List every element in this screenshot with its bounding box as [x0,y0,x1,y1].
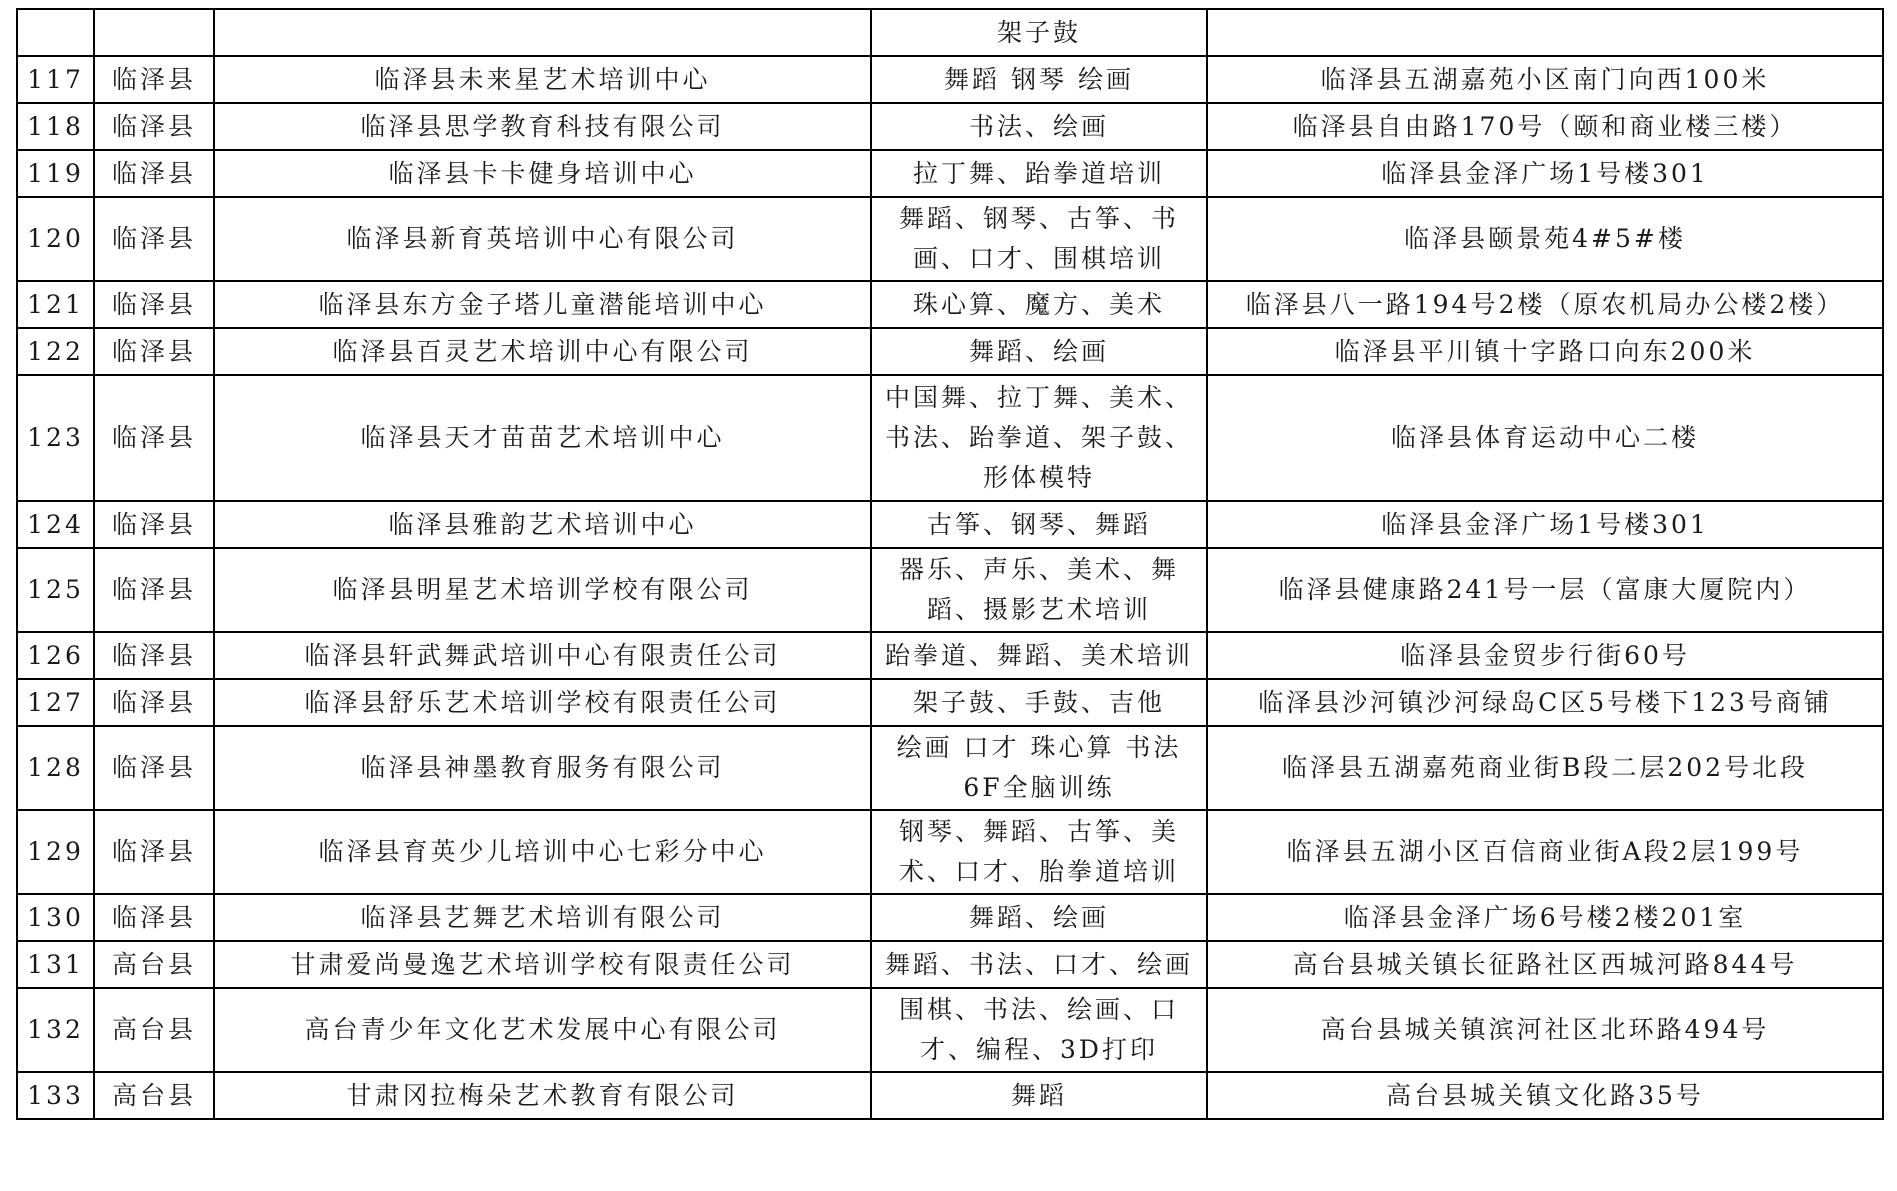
training-items-cell: 舞蹈、绘画 [871,894,1207,941]
training-items-cell: 钢琴、舞蹈、古筝、美术、口才、胎拳道培训 [871,810,1207,894]
training-items-cell: 书法、绘画 [871,103,1207,150]
training-items-cell: 珠心算、魔方、美术 [871,281,1207,328]
row-number: 120 [17,197,94,281]
training-items-cell: 跆拳道、舞蹈、美术培训 [871,632,1207,679]
institution-name-cell: 临泽县明星艺术培训学校有限公司 [214,548,871,632]
row-number: 122 [17,328,94,375]
address-cell: 临泽县金贸步行街60号 [1207,632,1883,679]
county-cell: 临泽县 [94,375,214,501]
training-items-cell: 古筝、钢琴、舞蹈 [871,501,1207,548]
institution-name-cell: 临泽县未来星艺术培训中心 [214,56,871,103]
table-row: 132高台县高台青少年文化艺术发展中心有限公司围棋、书法、绘画、口才、编程、3D… [17,988,1883,1072]
training-items-cell: 器乐、声乐、美术、舞蹈、摄影艺术培训 [871,548,1207,632]
table-row: 119临泽县临泽县卡卡健身培训中心拉丁舞、跆拳道培训临泽县金泽广场1号楼301 [17,150,1883,197]
training-items-cell: 架子鼓 [871,9,1207,56]
row-number [17,9,94,56]
institution-name-cell: 临泽县神墨教育服务有限公司 [214,726,871,810]
institution-name-cell: 高台青少年文化艺术发展中心有限公司 [214,988,871,1072]
county-cell: 临泽县 [94,328,214,375]
address-cell: 临泽县健康路241号一层（富康大厦院内） [1207,548,1883,632]
row-number: 125 [17,548,94,632]
county-cell: 临泽县 [94,632,214,679]
training-items-cell: 舞蹈、绘画 [871,328,1207,375]
institution-name-cell: 临泽县育英少儿培训中心七彩分中心 [214,810,871,894]
address-cell: 临泽县金泽广场1号楼301 [1207,501,1883,548]
county-cell: 临泽县 [94,150,214,197]
county-cell: 临泽县 [94,679,214,726]
address-cell: 高台县城关镇文化路35号 [1207,1072,1883,1119]
training-items-cell: 舞蹈、书法、口才、绘画 [871,941,1207,988]
row-number: 133 [17,1072,94,1119]
institution-name-cell: 临泽县百灵艺术培训中心有限公司 [214,328,871,375]
institution-name-cell: 甘肃冈拉梅朵艺术教育有限公司 [214,1072,871,1119]
address-cell: 临泽县五湖嘉苑小区南门向西100米 [1207,56,1883,103]
row-number: 121 [17,281,94,328]
county-cell: 临泽县 [94,894,214,941]
county-cell: 临泽县 [94,281,214,328]
row-number: 127 [17,679,94,726]
county-cell: 临泽县 [94,548,214,632]
training-items-cell: 绘画 口才 珠心算 书法 6F全脑训练 [871,726,1207,810]
table-row: 126临泽县临泽县轩武舞武培训中心有限责任公司跆拳道、舞蹈、美术培训临泽县金贸步… [17,632,1883,679]
address-cell [1207,9,1883,56]
row-number: 130 [17,894,94,941]
row-number: 123 [17,375,94,501]
address-cell: 临泽县八一路194号2楼（原农机局办公楼2楼） [1207,281,1883,328]
address-cell: 临泽县颐景苑4#5#楼 [1207,197,1883,281]
institution-name-cell: 临泽县天才苗苗艺术培训中心 [214,375,871,501]
county-cell: 高台县 [94,941,214,988]
county-cell: 临泽县 [94,501,214,548]
table-body: 架子鼓117临泽县临泽县未来星艺术培训中心舞蹈 钢琴 绘画临泽县五湖嘉苑小区南门… [17,9,1883,1119]
address-cell: 临泽县金泽广场6号楼2楼201室 [1207,894,1883,941]
address-cell: 临泽县五湖小区百信商业街A段2层199号 [1207,810,1883,894]
row-number: 118 [17,103,94,150]
institution-name-cell: 临泽县思学教育科技有限公司 [214,103,871,150]
table-row: 128临泽县临泽县神墨教育服务有限公司绘画 口才 珠心算 书法 6F全脑训练临泽… [17,726,1883,810]
county-cell: 临泽县 [94,103,214,150]
training-institution-table: 架子鼓117临泽县临泽县未来星艺术培训中心舞蹈 钢琴 绘画临泽县五湖嘉苑小区南门… [16,8,1884,1120]
table-row: 124临泽县临泽县雅韵艺术培训中心古筝、钢琴、舞蹈临泽县金泽广场1号楼301 [17,501,1883,548]
address-cell: 临泽县体育运动中心二楼 [1207,375,1883,501]
institution-name-cell: 临泽县舒乐艺术培训学校有限责任公司 [214,679,871,726]
county-cell [94,9,214,56]
row-number: 129 [17,810,94,894]
table-row: 117临泽县临泽县未来星艺术培训中心舞蹈 钢琴 绘画临泽县五湖嘉苑小区南门向西1… [17,56,1883,103]
table-row: 122临泽县临泽县百灵艺术培训中心有限公司舞蹈、绘画临泽县平川镇十字路口向东20… [17,328,1883,375]
table-row: 121临泽县临泽县东方金子塔儿童潜能培训中心珠心算、魔方、美术临泽县八一路194… [17,281,1883,328]
institution-name-cell: 临泽县新育英培训中心有限公司 [214,197,871,281]
county-cell: 临泽县 [94,810,214,894]
county-cell: 高台县 [94,988,214,1072]
table-row: 129临泽县临泽县育英少儿培训中心七彩分中心钢琴、舞蹈、古筝、美术、口才、胎拳道… [17,810,1883,894]
table-row: 125临泽县临泽县明星艺术培训学校有限公司器乐、声乐、美术、舞蹈、摄影艺术培训临… [17,548,1883,632]
institution-name-cell: 临泽县轩武舞武培训中心有限责任公司 [214,632,871,679]
address-cell: 临泽县沙河镇沙河绿岛C区5号楼下123号商铺 [1207,679,1883,726]
table-row: 123临泽县临泽县天才苗苗艺术培训中心中国舞、拉丁舞、美术、书法、跆拳道、架子鼓… [17,375,1883,501]
address-cell: 临泽县金泽广场1号楼301 [1207,150,1883,197]
institution-name-cell [214,9,871,56]
training-items-cell: 围棋、书法、绘画、口才、编程、3D打印 [871,988,1207,1072]
table-row: 118临泽县临泽县思学教育科技有限公司书法、绘画临泽县自由路170号（颐和商业楼… [17,103,1883,150]
county-cell: 高台县 [94,1072,214,1119]
institution-name-cell: 临泽县东方金子塔儿童潜能培训中心 [214,281,871,328]
training-items-cell: 舞蹈 [871,1072,1207,1119]
training-items-cell: 舞蹈 钢琴 绘画 [871,56,1207,103]
institution-name-cell: 临泽县雅韵艺术培训中心 [214,501,871,548]
address-cell: 临泽县平川镇十字路口向东200米 [1207,328,1883,375]
table-row: 127临泽县临泽县舒乐艺术培训学校有限责任公司架子鼓、手鼓、吉他临泽县沙河镇沙河… [17,679,1883,726]
training-items-cell: 中国舞、拉丁舞、美术、书法、跆拳道、架子鼓、形体模特 [871,375,1207,501]
address-cell: 高台县城关镇长征路社区西城河路844号 [1207,941,1883,988]
institution-name-cell: 临泽县卡卡健身培训中心 [214,150,871,197]
row-number: 119 [17,150,94,197]
row-number: 132 [17,988,94,1072]
institution-name-cell: 甘肃爱尚曼逸艺术培训学校有限责任公司 [214,941,871,988]
training-items-cell: 架子鼓、手鼓、吉他 [871,679,1207,726]
table-row: 120临泽县临泽县新育英培训中心有限公司舞蹈、钢琴、古筝、书画、口才、围棋培训临… [17,197,1883,281]
table-row: 架子鼓 [17,9,1883,56]
table-row: 130临泽县临泽县艺舞艺术培训有限公司舞蹈、绘画临泽县金泽广场6号楼2楼201室 [17,894,1883,941]
training-items-cell: 舞蹈、钢琴、古筝、书画、口才、围棋培训 [871,197,1207,281]
table-row: 133高台县甘肃冈拉梅朵艺术教育有限公司舞蹈高台县城关镇文化路35号 [17,1072,1883,1119]
training-items-cell: 拉丁舞、跆拳道培训 [871,150,1207,197]
county-cell: 临泽县 [94,197,214,281]
row-number: 126 [17,632,94,679]
row-number: 131 [17,941,94,988]
row-number: 128 [17,726,94,810]
table-row: 131高台县甘肃爱尚曼逸艺术培训学校有限责任公司舞蹈、书法、口才、绘画高台县城关… [17,941,1883,988]
county-cell: 临泽县 [94,726,214,810]
row-number: 117 [17,56,94,103]
institution-name-cell: 临泽县艺舞艺术培训有限公司 [214,894,871,941]
row-number: 124 [17,501,94,548]
county-cell: 临泽县 [94,56,214,103]
address-cell: 临泽县自由路170号（颐和商业楼三楼） [1207,103,1883,150]
address-cell: 高台县城关镇滨河社区北环路494号 [1207,988,1883,1072]
address-cell: 临泽县五湖嘉苑商业街B段二层202号北段 [1207,726,1883,810]
